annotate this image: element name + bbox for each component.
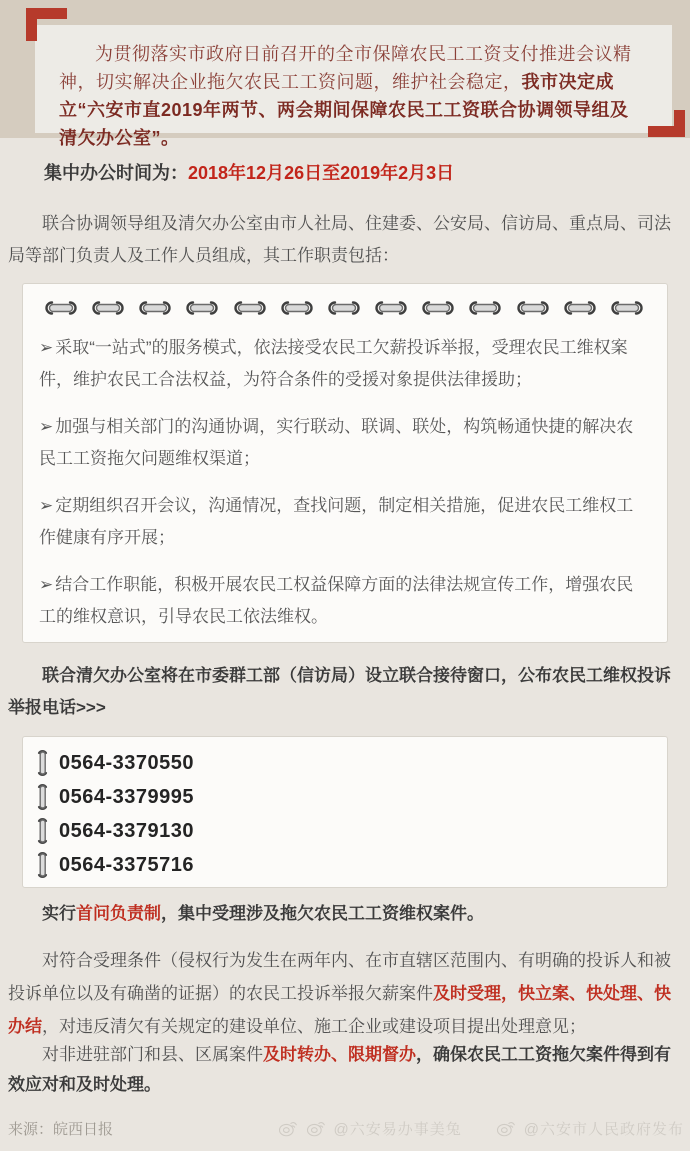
office-time-label: 集中办公时间为： [44, 163, 188, 183]
arrow-bullet-icon: ➢ [39, 417, 53, 436]
phone-number: 0564-3375716 [59, 854, 194, 877]
duty-text: 定期组织召开会议，沟通情况，查找问题，制定相关措施，促进农民工维权工作健康有序开… [39, 496, 633, 547]
corner-accent-tl-icon [26, 8, 67, 41]
measure-paragraph-1: 实行首问负责制，集中受理涉及拖欠农民工工资维权案件。 [8, 899, 684, 929]
header-quote-text: 为贯彻落实市政府日前召开的全市保障农民工工资支付推进会议精神，切实解决企业拖欠农… [59, 40, 646, 152]
duty-item: ➢结合工作职能，积极开展农民工权益保障方面的法律法规宣传工作，增强农民工的维权意… [39, 569, 649, 633]
chain-link-icon [465, 300, 505, 316]
watermark-group: @六安易办事美兔 @六安市人民政府发布 [278, 1118, 684, 1139]
measure-segment: ，对违反清欠有关规定的建设单位、施工企业或建设项目提出处理意见； [42, 1017, 586, 1036]
chain-link-icon [88, 300, 128, 316]
weibo-icon [278, 1118, 298, 1138]
chain-link-icon [324, 300, 364, 316]
phone-staple-icon [37, 851, 48, 879]
measure-paragraph-2: 对符合受理条件（侵权行为发生在两年内、在市直辖区范围内、有明确的投诉人和被投诉单… [8, 944, 684, 1043]
chain-link-icon [230, 300, 270, 316]
weibo-icon [496, 1118, 516, 1138]
measure-segment: 实行 [42, 904, 76, 923]
chain-row [41, 299, 647, 317]
phone-number: 0564-3379130 [59, 820, 194, 843]
chain-link-icon [560, 300, 600, 316]
header-quote-card: 为贯彻落实市政府日前召开的全市保障农民工工资支付推进会议精神，切实解决企业拖欠农… [35, 25, 672, 133]
phone-number: 0564-3379995 [59, 786, 194, 809]
hotline-row: 0564-3370550 [37, 746, 667, 780]
measure-segment-highlight: 首问负责制 [76, 904, 161, 923]
measure-paragraph-3: 对非进驻部门和县、区属案件及时转办、限期督办，确保农民工工资拖欠案件得到有效应对… [8, 1040, 684, 1100]
duty-item: ➢定期组织召开会议，沟通情况，查找问题，制定相关措施，促进农民工维权工作健康有序… [39, 490, 649, 554]
duty-item: ➢加强与相关部门的沟通协调，实行联动、联调、联处，构筑畅通快捷的解决农民工工资拖… [39, 411, 649, 475]
chain-link-icon [418, 300, 458, 316]
office-time-date: 2018年12月26日至2019年2月3日 [188, 163, 454, 183]
measure-segment: ，集中受理涉及拖欠农民工工资维权案件。 [161, 904, 484, 923]
measure-segment: 对非进驻部门和县、区属案件 [42, 1045, 263, 1064]
phone-staple-icon [37, 749, 48, 777]
chain-link-icon [277, 300, 317, 316]
chain-link-icon [607, 300, 647, 316]
hotline-intro-paragraph: 联合清欠办公室将在市委群工部（信访局）设立联合接待窗口，公布农民工维权投诉举报电… [8, 660, 684, 724]
intro-paragraph: 联合协调领导组及清欠办公室由市人社局、住建委、公安局、信访局、重点局、司法局等部… [8, 208, 684, 272]
watermark-text-2: @六安市人民政府发布 [524, 1118, 684, 1139]
duty-text: 采取“一站式”的服务模式，依法接受农民工欠薪投诉举报，受理农民工维权案件，维护农… [39, 338, 628, 389]
source-label: 来源：皖西日报 [8, 1118, 113, 1139]
arrow-bullet-icon: ➢ [39, 575, 53, 594]
measure-segment-highlight: 及时转办、限期督办 [263, 1045, 416, 1064]
arrow-bullet-icon: ➢ [39, 338, 53, 357]
hotline-row: 0564-3379995 [37, 780, 667, 814]
arrow-bullet-icon: ➢ [39, 496, 53, 515]
chain-link-icon [135, 300, 175, 316]
chain-link-icon [371, 300, 411, 316]
duty-item: ➢采取“一站式”的服务模式，依法接受农民工欠薪投诉举报，受理农民工维权案件，维护… [39, 332, 649, 396]
footer-bar: 来源：皖西日报 @六安易办事美兔 @六安市人民政府发布 [8, 1113, 684, 1143]
watermark-text-1: @六安易办事美兔 [334, 1118, 462, 1139]
corner-accent-br-icon [648, 110, 685, 137]
weibo-icon [306, 1118, 326, 1138]
hotline-row: 0564-3379130 [37, 814, 667, 848]
duty-text: 加强与相关部门的沟通协调，实行联动、联调、联处，构筑畅通快捷的解决农民工工资拖欠… [39, 417, 633, 468]
phone-staple-icon [37, 817, 48, 845]
duty-text: 结合工作职能，积极开展农民工权益保障方面的法律法规宣传工作，增强农民工的维权意识… [39, 575, 633, 626]
chain-link-icon [41, 300, 81, 316]
duties-card: ➢采取“一站式”的服务模式，依法接受农民工欠薪投诉举报，受理农民工维权案件，维护… [22, 283, 668, 643]
office-time-line: 集中办公时间为：2018年12月26日至2019年2月3日 [8, 158, 684, 188]
chain-link-icon [513, 300, 553, 316]
phone-number: 0564-3370550 [59, 752, 194, 775]
hotline-row: 0564-3375716 [37, 848, 667, 882]
hotline-card: 0564-3370550 0564-3379995 0564-3379130 0… [22, 736, 668, 888]
chain-link-icon [182, 300, 222, 316]
page-background: { "header": { "quote_regular": "为贯彻落实市政府… [0, 0, 690, 1151]
phone-staple-icon [37, 783, 48, 811]
